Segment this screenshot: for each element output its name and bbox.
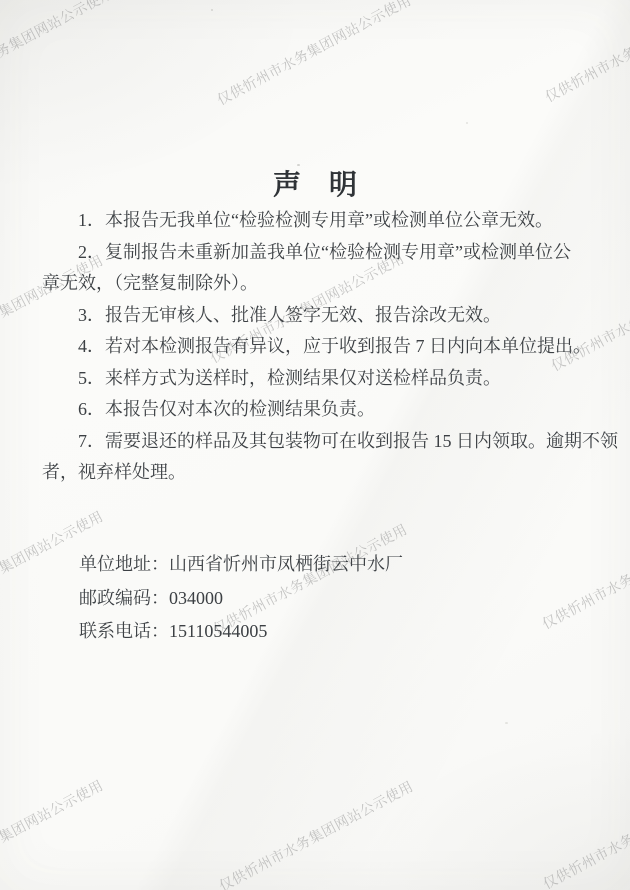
statement-title: 声 明 xyxy=(0,163,630,203)
statement-line-1: 1．本报告无我单位“检验检测专用章”或检测单位公章无效。 xyxy=(42,205,590,237)
statement-line-3: 3．报告无审核人、批准人签字无效、报告涂改无效。 xyxy=(42,300,590,332)
document-text-layer: 声 明 1．本报告无我单位“检验检测专用章”或检测单位公章无效。 2．复制报告未… xyxy=(0,0,630,890)
contact-postal-code: 邮政编码：034000 xyxy=(79,582,403,616)
scan-speck xyxy=(466,122,468,124)
contact-block: 单位地址：山西省忻州市凤栖街云中水厂 邮政编码：034000 联系电话：1511… xyxy=(79,548,403,649)
statement-line-5: 5．来样方式为送样时，检测结果仅对送检样品负责。 xyxy=(42,363,590,395)
statement-body: 1．本报告无我单位“检验检测专用章”或检测单位公章无效。 2．复制报告未重新加盖… xyxy=(42,205,590,489)
statement-line-7b: 者，视弃样处理。 xyxy=(42,457,590,489)
statement-line-7: 7．需要退还的样品及其包装物可在收到报告 15 日内领取。逾期不领 xyxy=(42,426,590,458)
scan-speck xyxy=(211,9,213,11)
scan-speck xyxy=(505,722,508,724)
statement-line-2: 2．复制报告未重新加盖我单位“检验检测专用章”或检测单位公 xyxy=(42,237,590,269)
contact-address: 单位地址：山西省忻州市凤栖街云中水厂 xyxy=(79,548,403,582)
statement-line-2b: 章无效，（完整复制除外）。 xyxy=(42,268,590,300)
contact-phone: 联系电话：15110544005 xyxy=(79,615,403,649)
statement-line-6: 6．本报告仅对本次的检测结果负责。 xyxy=(42,394,590,426)
scanned-document-page: 仅供忻州市水务集团网站公示使用仅供忻州市水务集团网站公示使用仅供忻州市水务集团网… xyxy=(0,0,630,890)
statement-line-4: 4．若对本检测报告有异议，应于收到报告 7 日内向本单位提出。 xyxy=(42,331,590,363)
